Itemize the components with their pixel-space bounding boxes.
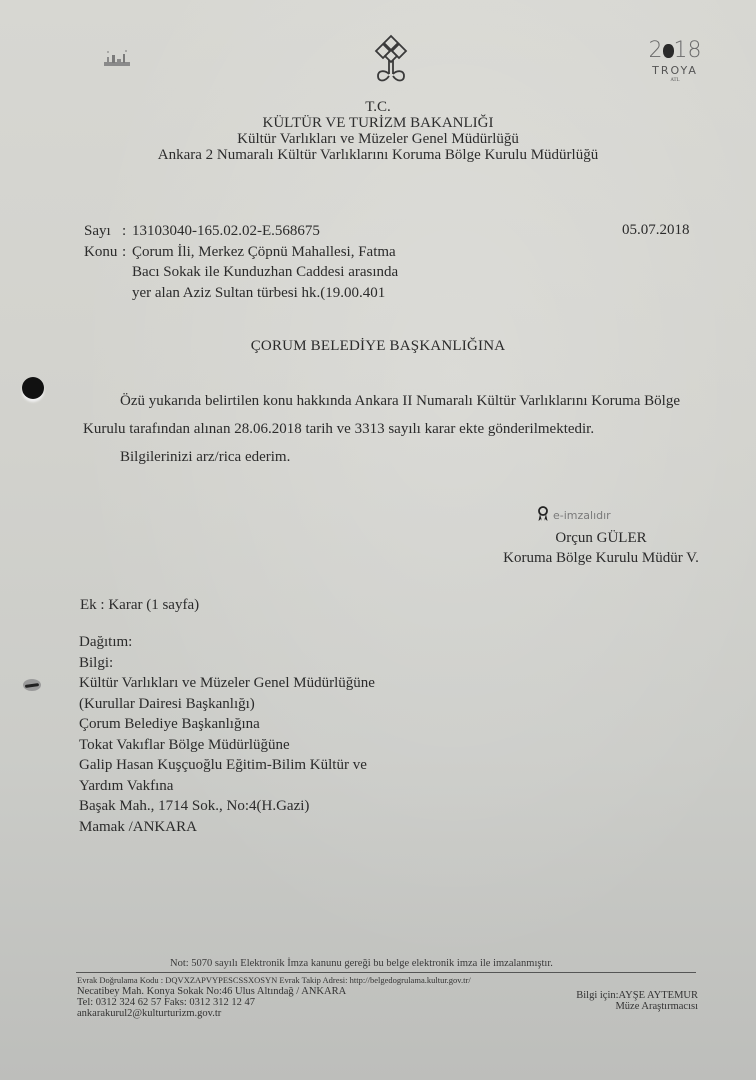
letterhead-ministry: KÜLTÜR VE TURİZM BAKANLIĞI	[0, 115, 756, 131]
info-label: Bilgi:	[79, 653, 375, 674]
body-para1-line1: Özü yukarıda belirtilen konu hakkında An…	[83, 387, 723, 415]
letterhead-tc: T.C.	[0, 99, 756, 115]
signer-name: Orçun GÜLER	[496, 528, 706, 548]
distribution-item: (Kurullar Dairesi Başkanlığı)	[79, 694, 375, 715]
punch-hole	[22, 377, 44, 399]
document-date: 05.07.2018	[622, 222, 690, 239]
konu-value: Çorum İli, Merkez Çöpnü Mahallesi, Fatma…	[132, 242, 398, 304]
letter-body: Özü yukarıda belirtilen konu hakkında An…	[83, 387, 723, 471]
contact-person: Bilgi için:AYŞE AYTEMUR Müze Araştırmacı…	[570, 990, 698, 1012]
distribution-item: Yardım Vakfına	[79, 776, 375, 797]
troya-sub: ATL	[640, 78, 710, 83]
e-signature-text: e-imzalıdır	[553, 509, 611, 522]
konu-row: Konu : Çorum İli, Merkez Çöpnü Mahallesi…	[84, 242, 398, 304]
footer-divider	[76, 972, 696, 973]
distribution-item: Galip Hasan Kuşçuoğlu Eğitim-Bilim Kültü…	[79, 755, 375, 776]
sayi-row: Sayı : 13103040-165.02.02-E.568675	[84, 221, 398, 242]
body-para1-line2: Kurulu tarafından alınan 28.06.2018 tari…	[83, 415, 723, 443]
distribution-item: Mamak /ANKARA	[79, 817, 375, 838]
body-para2: Bilgilerinizi arz/rica ederim.	[83, 443, 723, 471]
troya-year: 218	[640, 40, 710, 62]
signer-title: Koruma Bölge Kurulu Müdür V.	[496, 548, 706, 568]
email: ankarakurul2@kulturturizm.gov.tr	[77, 1008, 471, 1019]
ministry-knot-icon	[373, 34, 409, 84]
signer-block: Orçun GÜLER Koruma Bölge Kurulu Müdür V.	[496, 528, 706, 568]
e-signature-note: Not: 5070 sayılı Elektronik İmza kanunu …	[170, 958, 553, 969]
letterhead-council: Ankara 2 Numaralı Kültür Varlıklarını Ko…	[0, 147, 756, 163]
e-signature-mark: e-imzalıdır	[537, 506, 611, 525]
distribution-list: Dağıtım: Bilgi: Kültür Varlıkları ve Müz…	[79, 632, 375, 837]
contact-title: Müze Araştırmacısı	[570, 1001, 698, 1012]
sayi-label: Sayı	[84, 221, 122, 242]
address: Necatibey Mah. Konya Sokak No:46 Ulus Al…	[77, 986, 471, 997]
distribution-label: Dağıtım:	[79, 632, 375, 653]
recipient: ÇORUM BELEDİYE BAŞKANLIĞINA	[0, 338, 756, 355]
phone-fax: Tel: 0312 324 62 57 Faks: 0312 312 12 47	[77, 997, 471, 1008]
distribution-item: Çorum Belediye Başkanlığına	[79, 714, 375, 735]
document-meta: Sayı : 13103040-165.02.02-E.568675 Konu …	[84, 221, 398, 303]
troya-name: TROYA	[640, 64, 710, 77]
verification-code: Evrak Doğrulama Kodu : DQVXZAPVYPESCSSXO…	[77, 975, 471, 986]
attachment-line: Ek : Karar (1 sayfa)	[80, 597, 199, 614]
letterhead-directorate: Kültür Varlıkları ve Müzeler Genel Müdür…	[0, 131, 756, 147]
contact-name: Bilgi için:AYŞE AYTEMUR	[570, 990, 698, 1001]
city-skyline-icon	[102, 48, 132, 70]
distribution-item: Tokat Vakıflar Bölge Müdürlüğüne	[79, 735, 375, 756]
horse-head-icon	[663, 44, 674, 58]
footer-address: Evrak Doğrulama Kodu : DQVXZAPVYPESCSSXO…	[77, 975, 471, 1019]
sayi-value: 13103040-165.02.02-E.568675	[132, 221, 320, 242]
punch-hole	[23, 679, 41, 691]
distribution-item: Başak Mah., 1714 Sok., No:4(H.Gazi)	[79, 796, 375, 817]
distribution-item: Kültür Varlıkları ve Müzeler Genel Müdür…	[79, 673, 375, 694]
letterhead: T.C. KÜLTÜR VE TURİZM BAKANLIĞI Kültür V…	[0, 99, 756, 163]
konu-label: Konu	[84, 242, 122, 304]
troya-2018-logo: 218 TROYA ATL	[640, 40, 710, 92]
ribbon-seal-icon	[537, 506, 549, 525]
